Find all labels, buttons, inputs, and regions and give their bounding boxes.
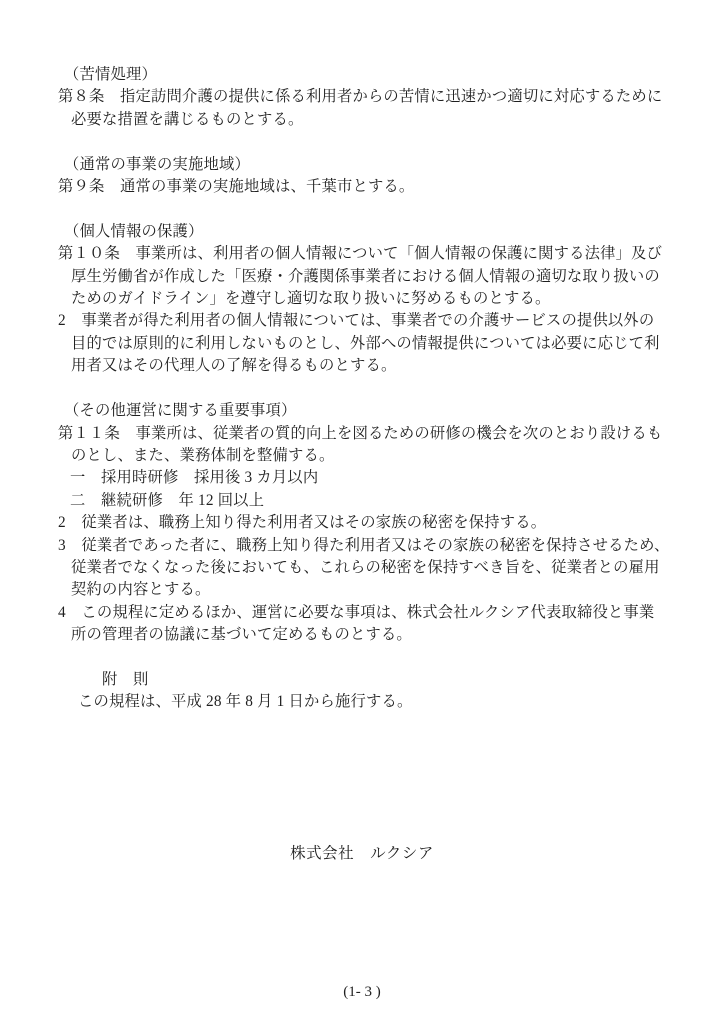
document-line: （苦情処理） [64, 64, 670, 86]
document-line: （個人情報の保護） [64, 221, 670, 243]
blank-line [58, 378, 670, 400]
document-line: 二 継続研修 年 12 回以上 [70, 490, 670, 512]
document-line: 所の管理者の協議に基づいて定めるものとする。 [71, 624, 670, 646]
document-line: 附 則 [102, 669, 670, 691]
document-line: （通常の事業の実施地域） [64, 154, 670, 176]
document-page: （苦情処理）第８条 指定訪問介護の提供に係る利用者からの苦情に迅速かつ適切に対応… [0, 0, 724, 1024]
document-line: 従業者でなくなった後においても、これらの秘密を保持すべき旨を、従業者との雇用 [71, 557, 670, 579]
document-line: 第９条 通常の事業の実施地域は、千葉市とする。 [58, 176, 670, 198]
document-line: 契約の内容とする。 [71, 579, 670, 601]
document-line: 4 この規程に定めるほか、運営に必要な事項は、株式会社ルクシア代表取締役と事業 [58, 602, 670, 624]
document-line: 目的では原則的に利用しないものとし、外部への情報提供については必要に応じて利 [71, 333, 670, 355]
blank-line [58, 198, 670, 220]
document-line: この規程は、平成 28 年 8 月 1 日から施行する。 [78, 691, 670, 713]
document-line: 第１１条 事業所は、従業者の質的向上を図るための研修の機会を次のとおり設けるも [58, 423, 670, 445]
document-line: 必要な措置を講じるものとする。 [71, 109, 670, 131]
document-line: ためのガイドライン」を遵守し適切な取り扱いに努めるものとする。 [71, 288, 670, 310]
document-line: 第８条 指定訪問介護の提供に係る利用者からの苦情に迅速かつ適切に対応するために [58, 86, 670, 108]
document-line: （その他運営に関する重要事項） [64, 400, 670, 422]
document-line: 3 従業者であった者に、職務上知り得た利用者又はその家族の秘密を保持させるため、 [58, 535, 670, 557]
document-line: 2 事業者が得た利用者の個人情報については、事業者での介護サービスの提供以外の [58, 310, 670, 332]
document-line: 2 従業者は、職務上知り得た利用者又はその家族の秘密を保持する。 [58, 512, 670, 534]
document-line: 用者又はその代理人の了解を得るものとする。 [71, 355, 670, 377]
company-signature: 株式会社 ルクシア [0, 843, 724, 865]
blank-line [58, 647, 670, 669]
document-line: のとし、また、業務体制を整備する。 [71, 445, 670, 467]
document-line: 一 採用時研修 採用後 3 カ月以内 [70, 467, 670, 489]
document-text-block: （苦情処理）第８条 指定訪問介護の提供に係る利用者からの苦情に迅速かつ適切に対応… [58, 64, 670, 714]
document-line: 第１０条 事業所は、利用者の個人情報について「個人情報の保護に関する法律」及び [58, 243, 670, 265]
blank-line [58, 131, 670, 153]
document-line: 厚生労働省が作成した「医療・介護関係事業者における個人情報の適切な取り扱いの [71, 266, 670, 288]
page-number: (1- 3 ) [0, 982, 724, 1002]
